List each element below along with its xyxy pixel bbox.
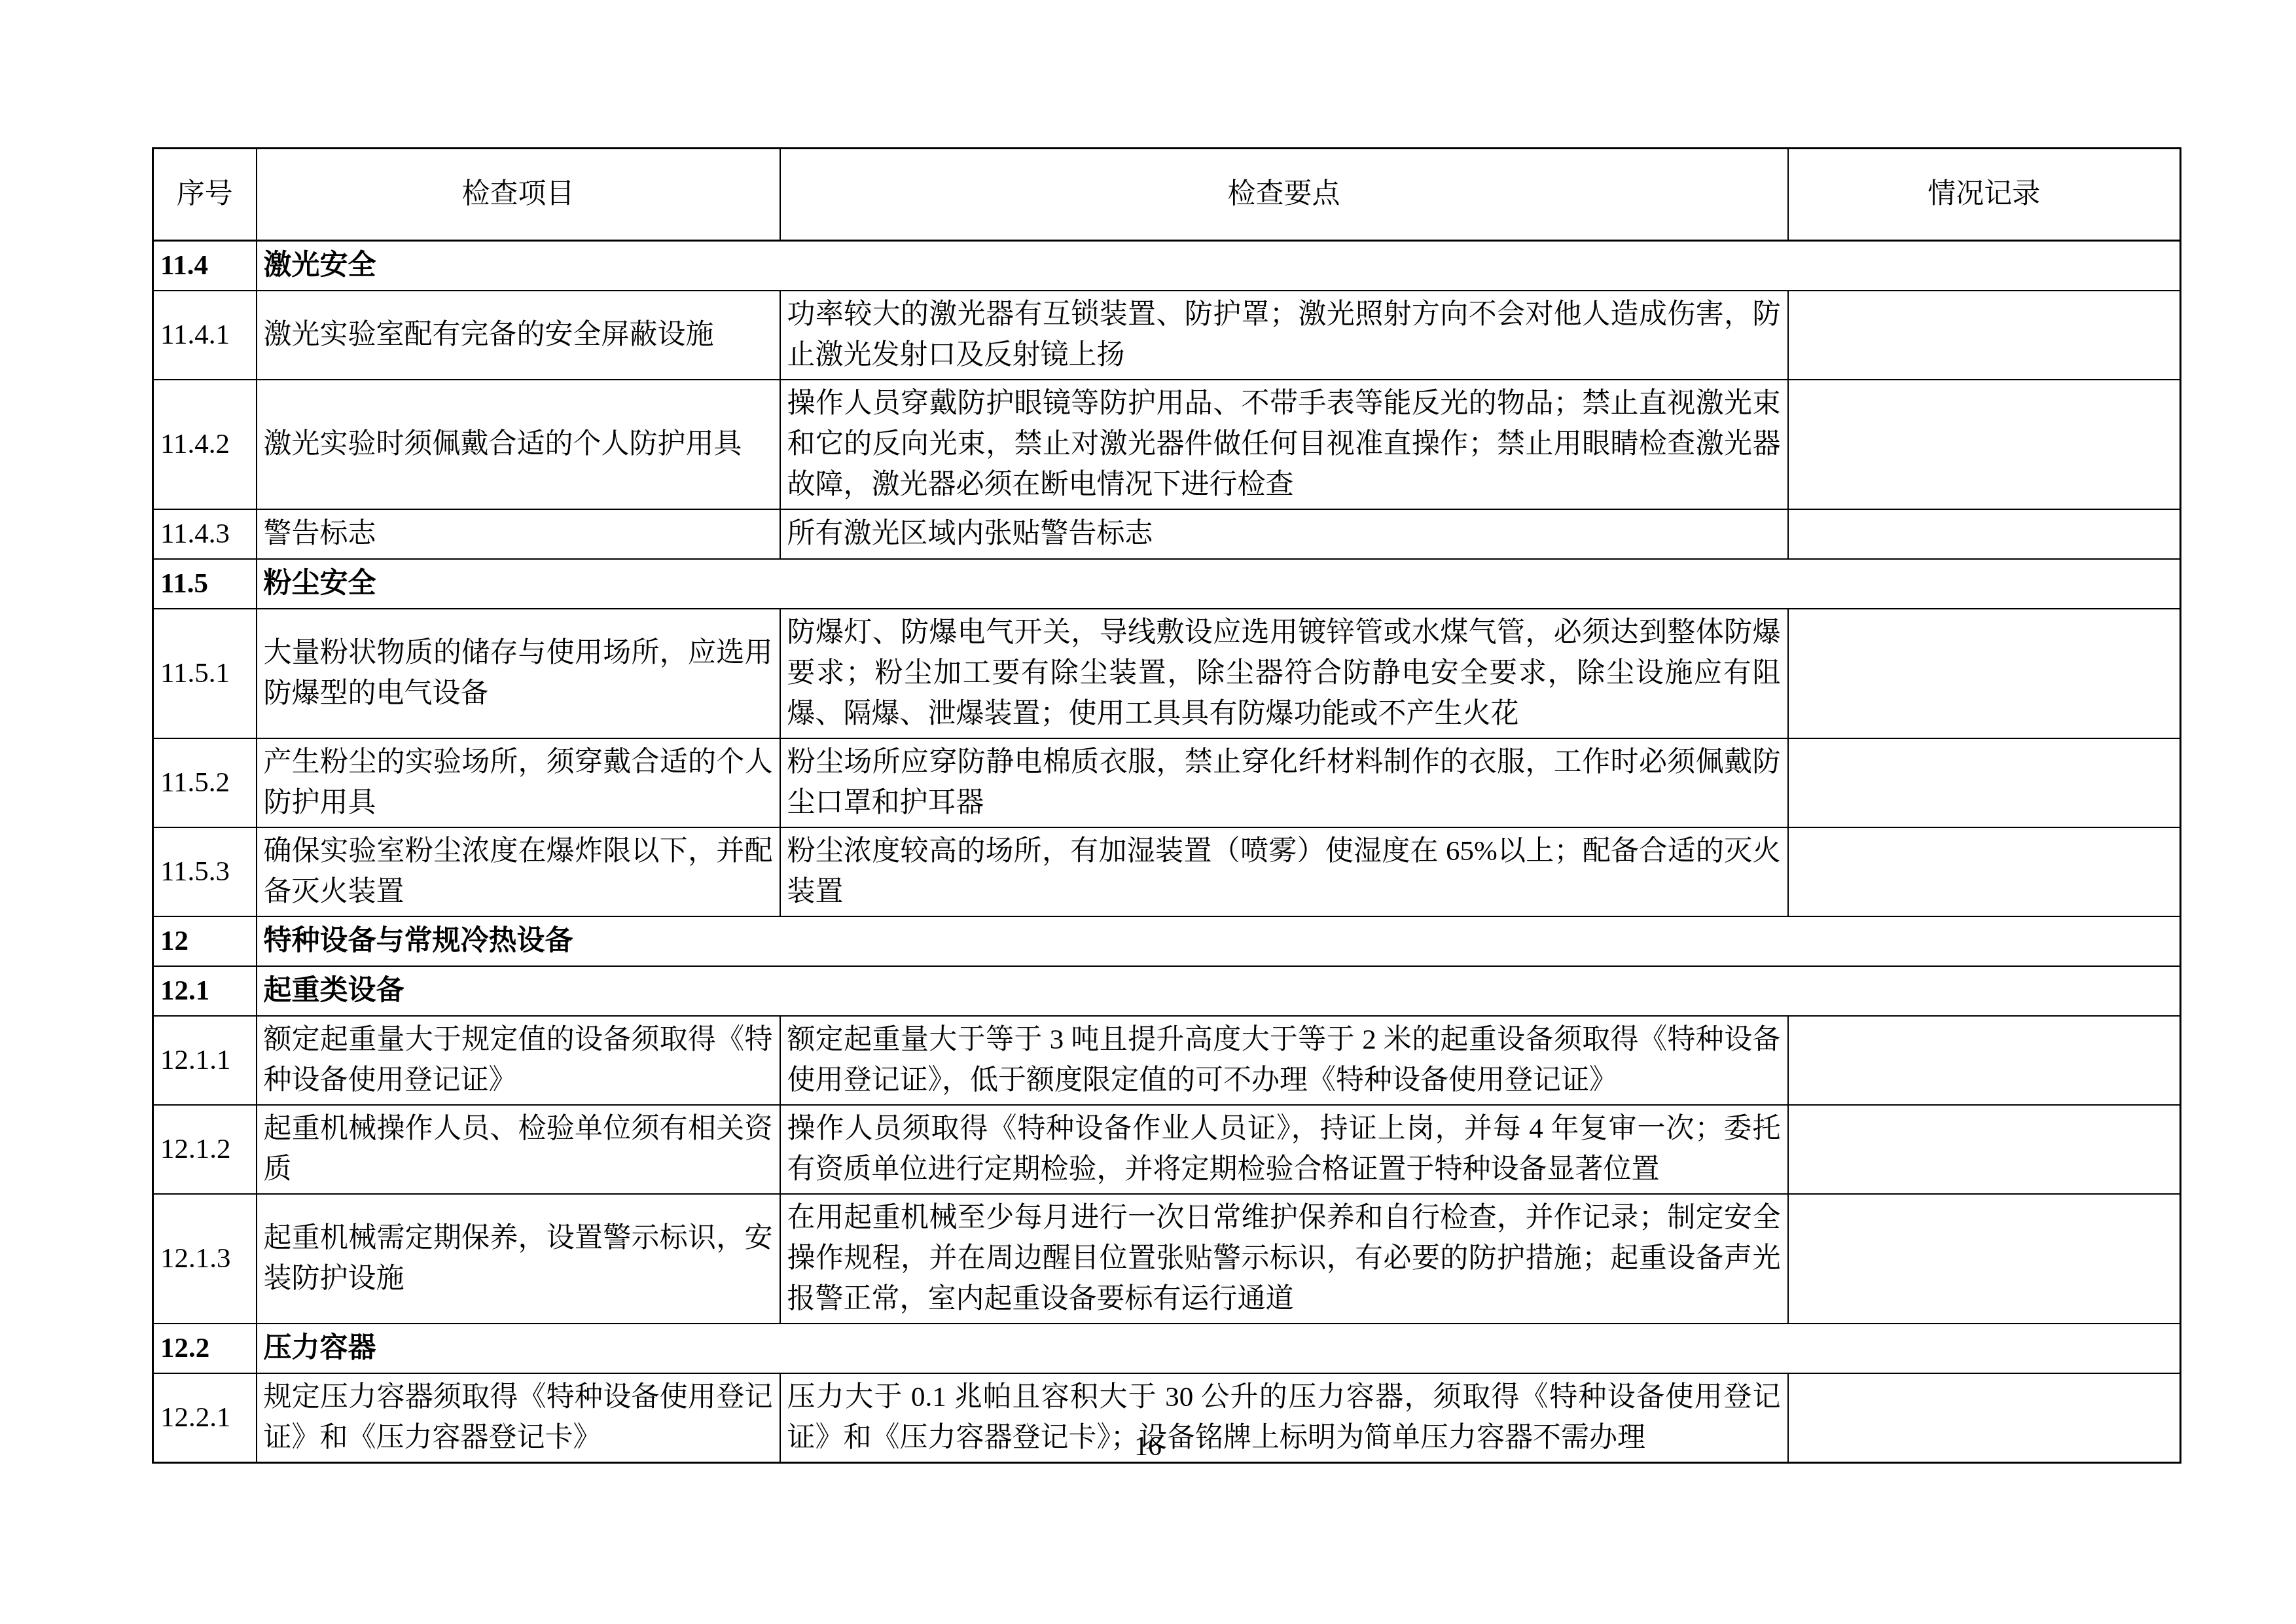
section-number: 12.2 [153,1324,257,1373]
page-number: 16 [0,1430,2296,1463]
table-row-12-1-2: 12.1.2 起重机械操作人员、检验单位须有相关资质 操作人员须取得《特种设备作… [153,1105,2181,1194]
section-row-11-4: 11.4 激光安全 [153,241,2181,291]
row-number: 11.4.1 [153,291,257,380]
inspection-item-cell: 额定起重量大于规定值的设备须取得《特种设备使用登记证》 [257,1016,780,1105]
inspection-item-cell: 确保实验室粉尘浓度在爆炸限以下，并配备灭火装置 [257,827,780,916]
record-cell [1788,380,2181,509]
inspection-points-cell: 所有激光区域内张贴警告标志 [780,509,1788,559]
inspection-item-cell: 激光实验时须佩戴合适的个人防护用具 [257,380,780,509]
section-title: 特种设备与常规冷热设备 [257,916,2181,966]
table-row-11-5-1: 11.5.1 大量粉状物质的储存与使用场所，应选用防爆型的电气设备 防爆灯、防爆… [153,609,2181,738]
record-cell [1788,1016,2181,1105]
inspection-points-cell: 粉尘浓度较高的场所，有加湿装置（喷雾）使湿度在 65%以上；配备合适的灭火装置 [780,827,1788,916]
table-row-11-4-1: 11.4.1 激光实验室配有完备的安全屏蔽设施 功率较大的激光器有互锁装置、防护… [153,291,2181,380]
inspection-points-cell: 功率较大的激光器有互锁装置、防护罩；激光照射方向不会对他人造成伤害，防止激光发射… [780,291,1788,380]
row-number: 11.4.3 [153,509,257,559]
row-number: 12.1.2 [153,1105,257,1194]
section-title: 压力容器 [257,1324,2181,1373]
record-cell [1788,1105,2181,1194]
inspection-points-cell: 粉尘场所应穿防静电棉质衣服，禁止穿化纤材料制作的衣服，工作时必须佩戴防尘口罩和护… [780,738,1788,827]
section-number: 11.4 [153,241,257,291]
inspection-item-cell: 产生粉尘的实验场所，须穿戴合适的个人防护用具 [257,738,780,827]
inspection-points-cell: 在用起重机械至少每月进行一次日常维护保养和自行检查，并作记录；制定安全操作规程，… [780,1194,1788,1324]
inspection-points-cell: 操作人员穿戴防护眼镜等防护用品、不带手表等能反光的物品；禁止直视激光束和它的反向… [780,380,1788,509]
section-row-11-5: 11.5 粉尘安全 [153,559,2181,609]
row-number: 11.5.2 [153,738,257,827]
table-row-11-5-2: 11.5.2 产生粉尘的实验场所，须穿戴合适的个人防护用具 粉尘场所应穿防静电棉… [153,738,2181,827]
inspection-item-cell: 起重机械需定期保养，设置警示标识，安装防护设施 [257,1194,780,1324]
section-number: 12 [153,916,257,966]
header-points: 检查要点 [780,149,1788,241]
table-row-11-4-2: 11.4.2 激光实验时须佩戴合适的个人防护用具 操作人员穿戴防护眼镜等防护用品… [153,380,2181,509]
section-number: 12.1 [153,966,257,1016]
row-number: 11.4.2 [153,380,257,509]
table-row-11-5-3: 11.5.3 确保实验室粉尘浓度在爆炸限以下，并配备灭火装置 粉尘浓度较高的场所… [153,827,2181,916]
record-cell [1788,1194,2181,1324]
record-cell [1788,827,2181,916]
document-page: 序号 检查项目 检查要点 情况记录 11.4 激光安全 11.4.1 激光实验室… [0,0,2296,1624]
table-row-12-1-3: 12.1.3 起重机械需定期保养，设置警示标识，安装防护设施 在用起重机械至少每… [153,1194,2181,1324]
section-row-12: 12 特种设备与常规冷热设备 [153,916,2181,966]
inspection-item-cell: 起重机械操作人员、检验单位须有相关资质 [257,1105,780,1194]
section-title: 粉尘安全 [257,559,2181,609]
row-number: 12.1.1 [153,1016,257,1105]
header-no: 序号 [153,149,257,241]
record-cell [1788,291,2181,380]
inspection-points-cell: 防爆灯、防爆电气开关，导线敷设应选用镀锌管或水煤气管，必须达到整体防爆要求；粉尘… [780,609,1788,738]
row-number: 11.5.3 [153,827,257,916]
inspection-item-cell: 警告标志 [257,509,780,559]
record-cell [1788,738,2181,827]
inspection-item-cell: 激光实验室配有完备的安全屏蔽设施 [257,291,780,380]
section-row-12-1: 12.1 起重类设备 [153,966,2181,1016]
section-number: 11.5 [153,559,257,609]
row-number: 11.5.1 [153,609,257,738]
table-row-12-1-1: 12.1.1 额定起重量大于规定值的设备须取得《特种设备使用登记证》 额定起重量… [153,1016,2181,1105]
inspection-table: 序号 检查项目 检查要点 情况记录 11.4 激光安全 11.4.1 激光实验室… [152,147,2181,1464]
record-cell [1788,609,2181,738]
inspection-item-cell: 大量粉状物质的储存与使用场所，应选用防爆型的电气设备 [257,609,780,738]
header-record: 情况记录 [1788,149,2181,241]
table-header-row: 序号 检查项目 检查要点 情况记录 [153,149,2181,241]
row-number: 12.1.3 [153,1194,257,1324]
inspection-points-cell: 额定起重量大于等于 3 吨且提升高度大于等于 2 米的起重设备须取得《特种设备使… [780,1016,1788,1105]
header-item: 检查项目 [257,149,780,241]
section-row-12-2: 12.2 压力容器 [153,1324,2181,1373]
section-title: 起重类设备 [257,966,2181,1016]
inspection-points-cell: 操作人员须取得《特种设备作业人员证》，持证上岗，并每 4 年复审一次；委托有资质… [780,1105,1788,1194]
table-row-11-4-3: 11.4.3 警告标志 所有激光区域内张贴警告标志 [153,509,2181,559]
section-title: 激光安全 [257,241,2181,291]
record-cell [1788,509,2181,559]
